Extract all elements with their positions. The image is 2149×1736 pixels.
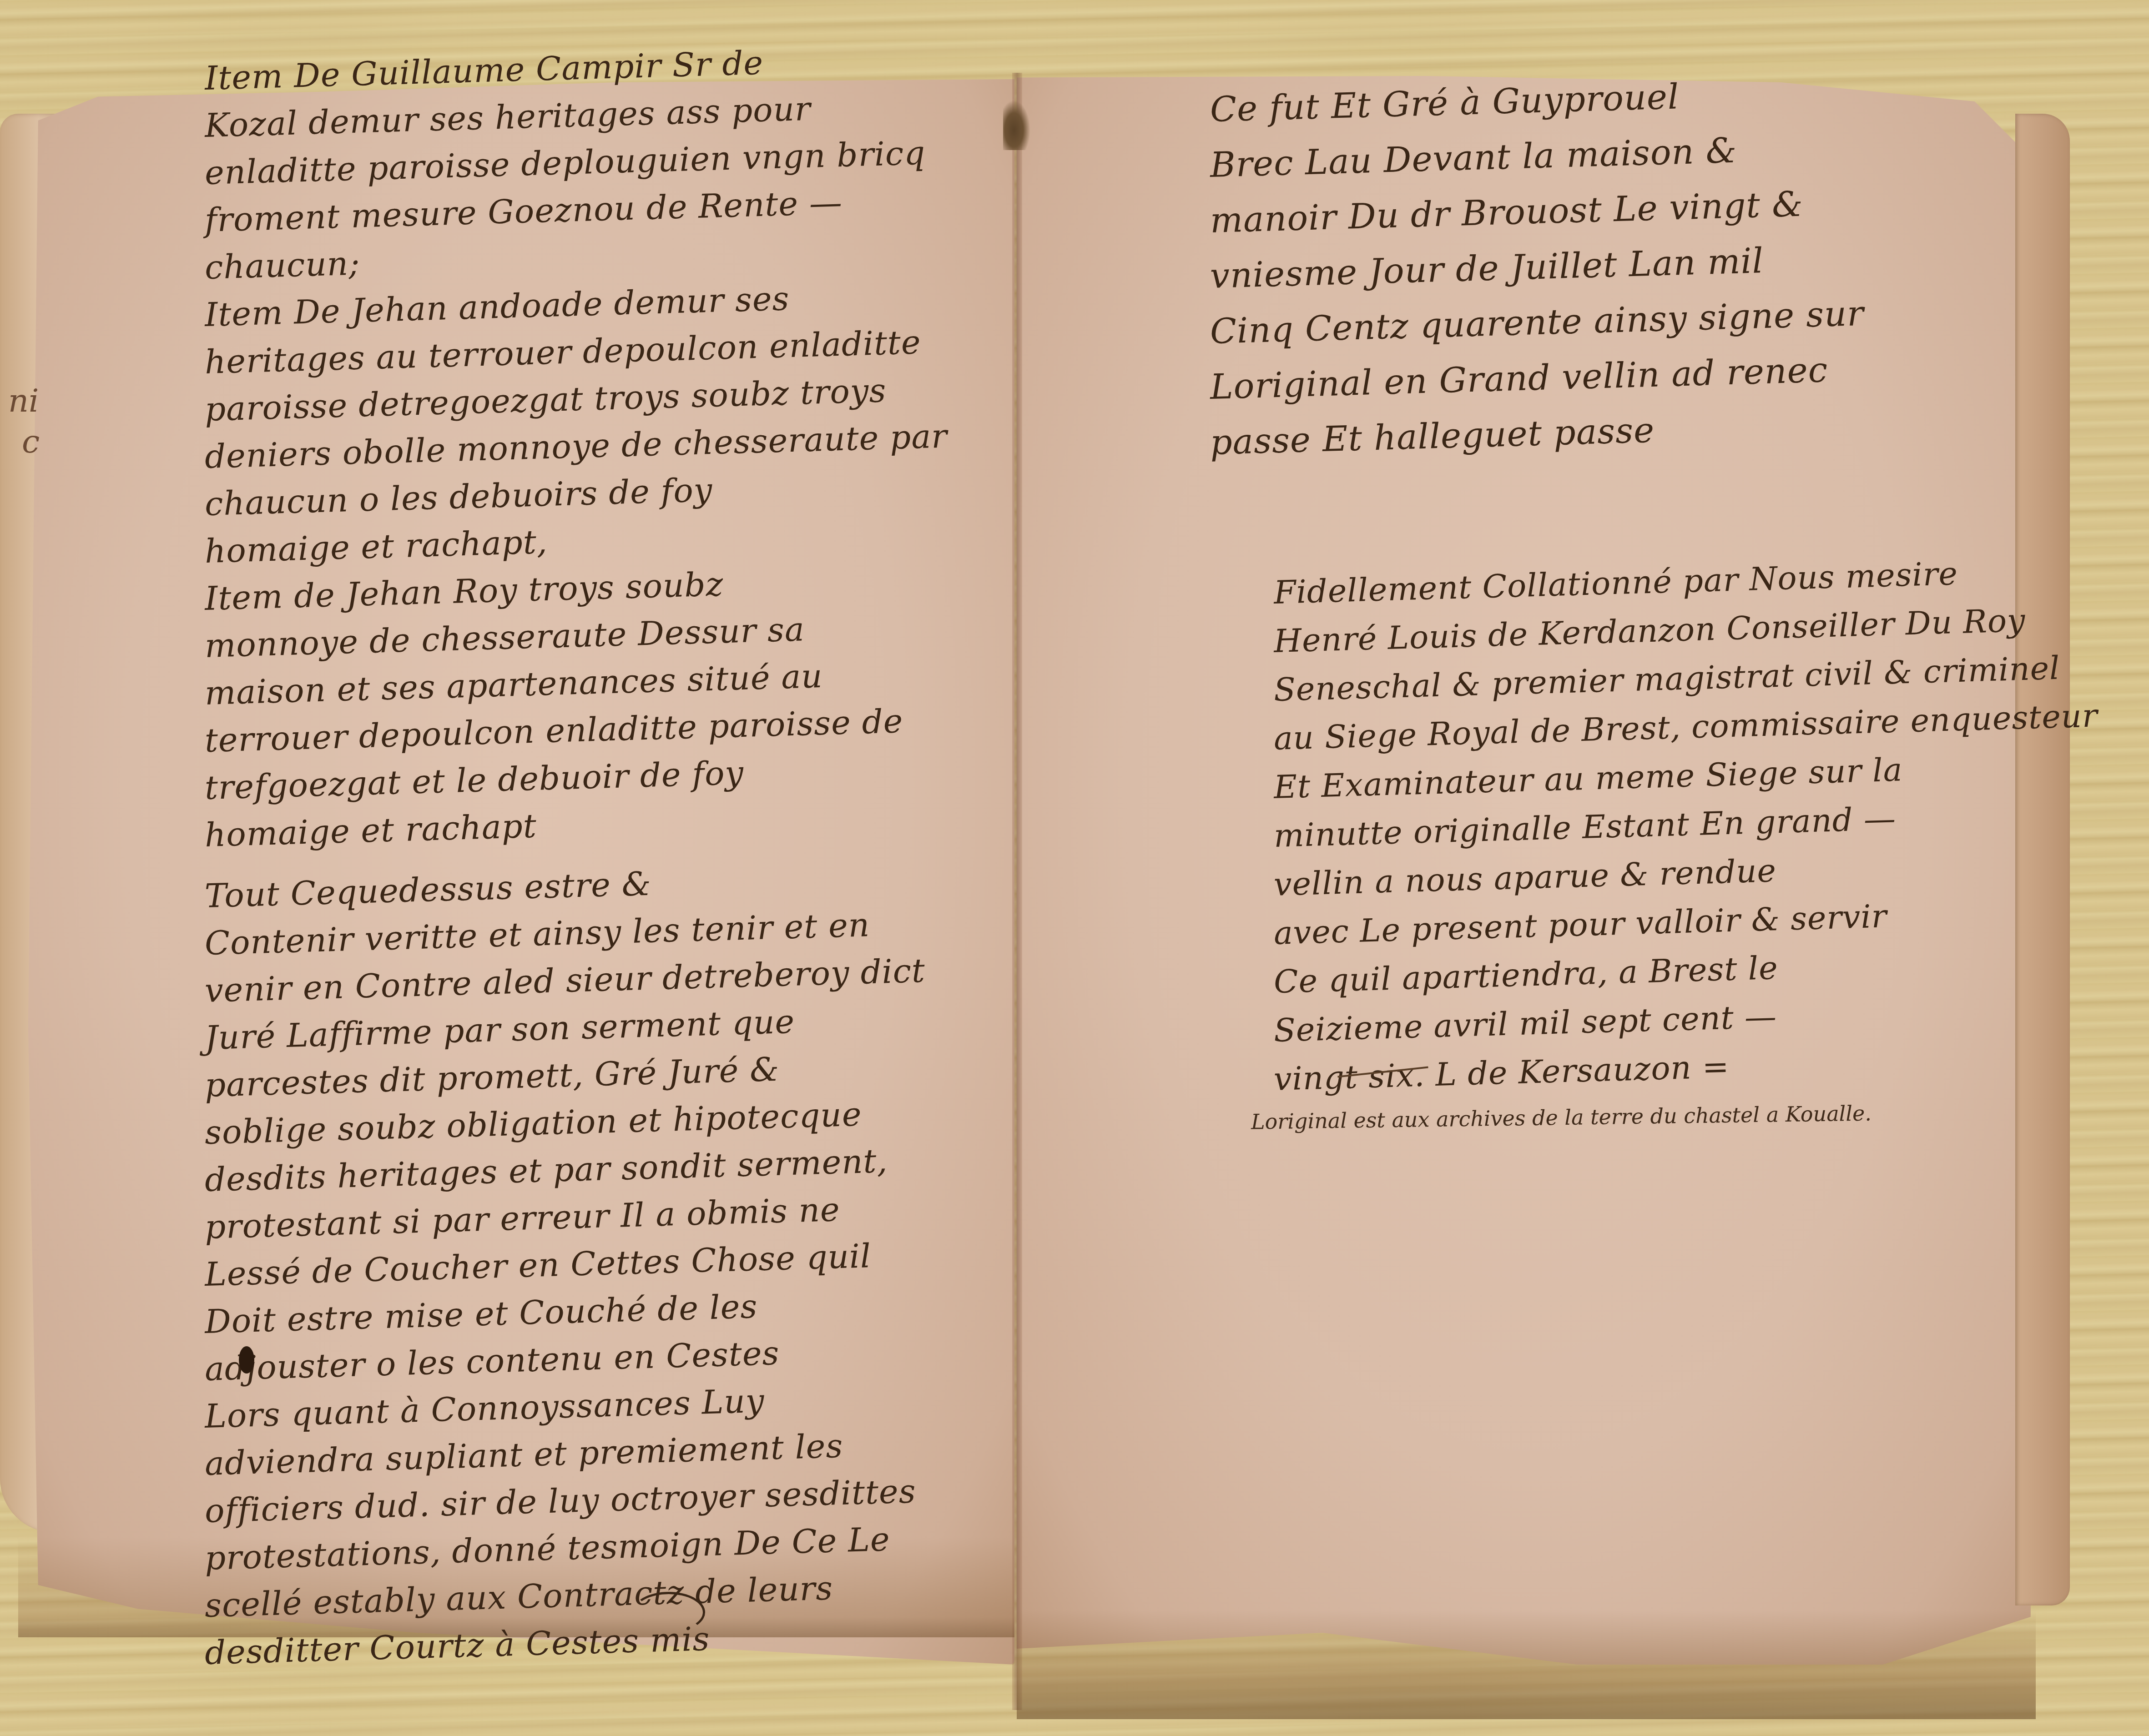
paragraph-collation: Fidellement Collationné par Nous mesire … (1274, 569, 2098, 1104)
left-page-text: Item De Guillaume Campir Sr de Kozal dem… (205, 55, 948, 1676)
margin-note: ni (8, 382, 39, 419)
paragraph-item-1: Item De Guillaume Campir Sr de Kozal dem… (205, 55, 948, 291)
right-page-text-top: Ce fut Et Gré à Guyprouel Brec Lau Devan… (1210, 82, 1864, 470)
paragraph-item-3: Item de Jehan Roy troys soubz monnoye de… (205, 575, 948, 859)
water-stain-right (1017, 1610, 2036, 1719)
right-page-text-collation: Fidellement Collationné par Nous mesire … (1274, 569, 2098, 1104)
paragraph-ce-fut: Ce fut Et Gré à Guyprouel Brec Lau Devan… (1210, 82, 1864, 470)
pen-flourish (632, 1592, 705, 1633)
margin-note: c (22, 423, 40, 460)
book-gutter (1012, 73, 1022, 1710)
paragraph-tout: Tout Cequedessus estre & Contenir veritt… (205, 872, 948, 1676)
paragraph-item-2: Item De Jehan andoade demur ses heritage… (205, 291, 948, 575)
binding-thread (1003, 100, 1030, 150)
ink-blot (239, 1346, 254, 1374)
